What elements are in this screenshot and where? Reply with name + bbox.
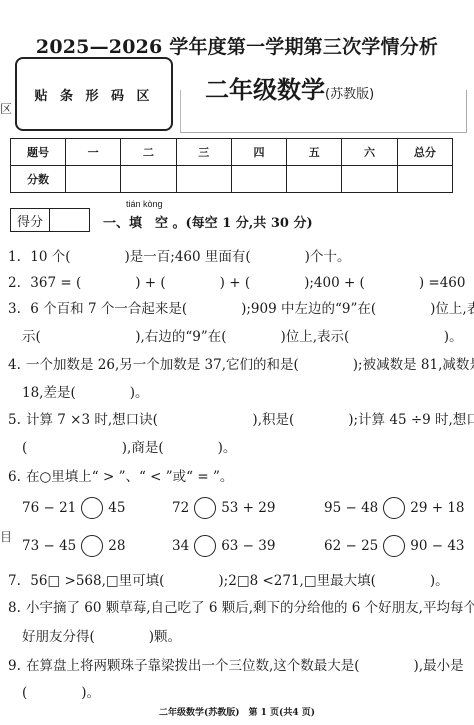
edition-label: (苏教版) <box>325 87 374 102</box>
score-cell[interactable] <box>176 166 231 193</box>
compare-circle[interactable] <box>383 535 405 557</box>
table-row-scores: 分数 <box>11 166 453 193</box>
comparison-item: 76 − 2145 <box>22 497 125 519</box>
comparison-item: 62 − 2590 − 43 <box>324 535 465 557</box>
question-8-cont: 好朋友分得( )颗。 <box>22 625 181 645</box>
compare-circle[interactable] <box>194 535 216 557</box>
section-score-field[interactable] <box>50 209 89 231</box>
subject-name: 二年级数学 <box>205 76 325 104</box>
table-row-header: 题号 一 二 三 四 五 六 总分 <box>11 139 453 166</box>
margin-mark: 区 <box>0 100 12 117</box>
column-header: 三 <box>176 139 231 166</box>
question-4: 4.一个加数是 26,另一个加数是 37,它们的和是( );被减数是 81,减数… <box>8 353 474 373</box>
question-8: 8.小宇摘了 60 颗草莓,自己吃了 6 颗后,剩下的分给他的 6 个好朋友,平… <box>8 596 474 616</box>
compare-circle[interactable] <box>81 535 103 557</box>
column-header: 六 <box>342 139 397 166</box>
question-6: 6.在○里填上“ > ”、“ < ”或“ = ”。 <box>8 465 233 485</box>
question-7: 7. 56□ >568,□里可填( );2□8 <271,□里最大填( )。 <box>8 569 449 589</box>
question-3: 3. 6 个百和 7 个一合起来是( );909 中左边的“9”在( )位上,表 <box>8 297 474 317</box>
question-4-cont: 18,差是( )。 <box>22 381 149 401</box>
score-label: 得分 <box>11 209 50 231</box>
barcode-label: 贴 条 形 码 区 <box>34 85 153 104</box>
column-header: 四 <box>231 139 286 166</box>
score-cell[interactable] <box>66 166 121 193</box>
column-header: 五 <box>287 139 342 166</box>
question-3-cont: 示( ),右边的“9”在( )位上,表示( )。 <box>22 325 463 345</box>
barcode-area: 贴 条 形 码 区 <box>15 57 173 131</box>
question-9-cont: ( )。 <box>22 681 100 701</box>
row-label: 题号 <box>11 139 66 166</box>
comparison-item: 7253 + 29 <box>172 497 275 519</box>
score-table: 题号 一 二 三 四 五 六 总分 分数 <box>10 138 453 193</box>
question-1: 1. 10 个( )是一百;460 里面有( )个十。 <box>8 245 350 265</box>
question-9: 9.在算盘上将两颗珠子靠梁拨出一个三位数,这个数最大是( ),最小是 <box>8 654 464 674</box>
column-header: 一 <box>66 139 121 166</box>
exam-title: 2025—2026 学年度第一学期第三次学情分析 <box>0 32 474 59</box>
column-header: 二 <box>121 139 176 166</box>
subject-title: 二年级数学(苏教版) <box>205 70 374 105</box>
section-heading: 一、填 空 。(每空 1 分,共 30 分) <box>103 212 313 231</box>
page-footer: 二年级数学(苏教版) 第 1 页(共4 页) <box>0 705 474 718</box>
comparison-item: 95 − 4829 + 18 <box>324 497 465 519</box>
comparison-item: 73 − 4528 <box>22 535 125 557</box>
margin-mark: 目 <box>0 528 12 545</box>
compare-circle[interactable] <box>81 497 103 519</box>
score-cell[interactable] <box>231 166 286 193</box>
column-header: 总分 <box>397 139 452 166</box>
score-cell[interactable] <box>121 166 176 193</box>
comparison-item: 3463 − 39 <box>172 535 275 557</box>
score-cell[interactable] <box>342 166 397 193</box>
pinyin-annotation: tián kòng <box>126 199 163 209</box>
compare-circle[interactable] <box>194 497 216 519</box>
question-5-cont: ( ),商是( )。 <box>22 436 236 456</box>
score-cell[interactable] <box>397 166 452 193</box>
question-2: 2. 367 = ( ) + ( ) + ( );400 + ( ) =460 <box>8 271 465 291</box>
score-cell[interactable] <box>287 166 342 193</box>
question-5: 5.计算 7 ×3 时,想口诀( ),积是( );计算 45 ÷9 时,想口诀 <box>8 408 474 428</box>
row-label: 分数 <box>11 166 66 193</box>
section-score-box: 得分 <box>10 208 90 232</box>
compare-circle[interactable] <box>383 497 405 519</box>
